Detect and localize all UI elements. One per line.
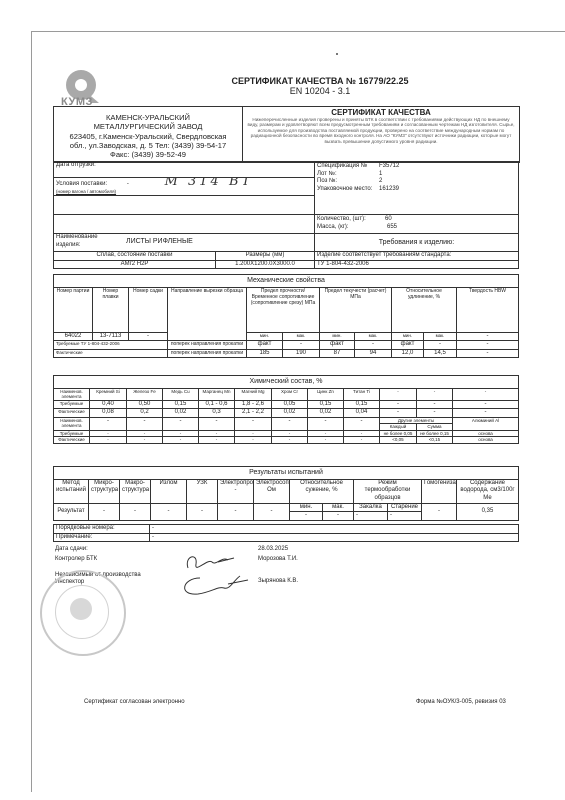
max-label: мак. [355, 332, 392, 341]
cell: - [199, 417, 235, 430]
alloy-value: АМг2 Н2Р [54, 260, 216, 269]
cell: 94 [355, 349, 392, 358]
cell: 0,02 [163, 409, 199, 418]
hardness-dash: - [457, 332, 519, 341]
speck [336, 53, 338, 55]
cell: - [127, 437, 163, 444]
mech-section-title: Механические свойства [54, 275, 519, 288]
col-homogenization: Гомогенизация [422, 479, 457, 503]
spec-block: Спецификация №F35712 Лот №:1 Поз №:2 Упа… [315, 162, 519, 215]
cell: - [163, 417, 199, 430]
col-hydrogen: Содержание водорода, см3/100г Ме [457, 479, 519, 503]
signature-icon [178, 548, 258, 600]
col-hardness: Твердость HBW [457, 287, 519, 332]
chem-section-title: Химический состав, % [54, 376, 519, 389]
cell: - [235, 417, 272, 430]
cell: - [380, 400, 417, 409]
blank-row [54, 215, 315, 234]
cell: - [323, 512, 354, 521]
cell: - [218, 503, 254, 520]
cell: - [380, 409, 417, 418]
cell: не более 0,15 [417, 430, 453, 437]
cell: - [453, 400, 519, 409]
certificate-title: СЕРТИФИКАТ КАЧЕСТВА № 16779/22.25 [190, 76, 450, 86]
handover-date-label: Дата сдачи: [55, 546, 88, 552]
terms-label: Условия поставки: [56, 181, 107, 187]
serials-value: - [150, 525, 519, 534]
cell: Железо Fe [127, 388, 163, 400]
cell: 0,40 [90, 400, 127, 409]
ship-date: Дата отгрузки: [54, 162, 315, 178]
direction: поперек направления прокатки [168, 349, 247, 358]
blank-row [54, 196, 315, 215]
row-label: Фактические [54, 437, 90, 444]
cell: - [90, 417, 127, 430]
col-tensile: Предел прочности/ Временное сопротивлени… [247, 287, 320, 332]
chem-header-row: Наименов. элементаКремний SiЖелезо FeМед… [54, 388, 519, 400]
col-batch: Номер партии [54, 287, 93, 332]
min-label: мин. [392, 332, 424, 341]
cell: 185 [247, 349, 283, 358]
col-ultrasonic: УЗК [187, 479, 218, 503]
cell: 0,05 [272, 400, 308, 409]
cell: 0,3 [199, 409, 235, 418]
cell: - [254, 503, 290, 520]
cell: - [355, 341, 392, 350]
lot-value: 1 [379, 171, 382, 179]
cell: - [354, 512, 388, 521]
cell: - [453, 388, 519, 400]
max-label: мак. [323, 503, 354, 512]
mass-value: 655 [387, 224, 397, 232]
col-melt: Номер плавки [93, 287, 129, 332]
cell: - [453, 409, 519, 418]
col-load: Номер садки [129, 287, 168, 332]
cell: 0,04 [344, 409, 380, 418]
cell: - [457, 349, 519, 358]
tests-table: Результаты испытаний Метод испытаний Мик… [53, 466, 519, 521]
cell: - [89, 503, 120, 520]
company-address-2: обл., ул.Заводская, д. 5 Тел: (3439) 39-… [54, 141, 242, 150]
cell: 0,15 [344, 400, 380, 409]
cell: 0,15 [308, 400, 344, 409]
cell: Медь Cu [163, 388, 199, 400]
delivery-terms: Условия поставки: - М 314 ВТ (номер ваго… [54, 178, 315, 196]
terms-dash: - [127, 181, 129, 187]
size-value: 1.200X1200.0X3000.0 [216, 260, 315, 269]
aging-label: Старение [388, 503, 422, 512]
cert-heading: СЕРТИФИКАТ КАЧЕСТВА [243, 108, 519, 117]
certificate-standard: EN 10204 - 3.1 [190, 86, 450, 96]
cell: - [127, 417, 163, 430]
cell: Кремний Si [90, 388, 127, 400]
stamp-logo-icon [70, 598, 92, 620]
ship-date-label: Дата отгрузки: [56, 162, 96, 168]
cell: 190 [283, 349, 320, 358]
company-name-1: КАМЕНСК-УРАЛЬСКИЙ [54, 113, 242, 122]
col-reduction: Относительное сужение, % [290, 479, 354, 503]
table-row: Требуемые ТУ 1-804-432-2006 поперек напр… [54, 341, 519, 350]
cell: 0,2 [127, 409, 163, 418]
company-info: КАМЕНСК-УРАЛЬСКИЙ МЕТАЛЛУРГИЧЕСКИЙ ЗАВОД… [54, 107, 243, 162]
col-micro: Микро-структура [89, 479, 120, 503]
col-direction: Направление вырезки образца [168, 287, 247, 341]
cell: - [424, 341, 457, 350]
cell: - [283, 341, 320, 350]
hydrogen-value: 0,35 [457, 503, 519, 520]
cell: 12,0 [392, 349, 424, 358]
standard-value: ТУ 1-804-432-2006 [315, 260, 519, 269]
row-label: Фактические [54, 349, 168, 358]
qty-block: Количество, (шт):60 Масса, (кг):655 [315, 215, 519, 234]
cell: - [151, 503, 187, 520]
chemical-table: Химический состав, % Наименов. элементаК… [53, 375, 519, 444]
company-name-2: МЕТАЛЛУРГИЧЕСКИЙ ЗАВОД [54, 122, 242, 131]
cert-statement: СЕРТИФИКАТ КАЧЕСТВА Нижеперечисленные из… [243, 107, 519, 162]
min-label: мин. [247, 332, 283, 341]
row-label: Фактические [54, 409, 90, 418]
row-label: Наименов. элемента [54, 388, 90, 400]
cell: 0,50 [127, 400, 163, 409]
cell: - [290, 512, 323, 521]
product-name-label: Наименование изделия: [56, 234, 116, 249]
controller-label: Контролер БТК [55, 556, 97, 562]
alloy-table: Сплав, состояние поставкиРазмеры (мм)Изд… [53, 251, 519, 269]
col-heat-treatment: Режим термообработки образцов [354, 479, 422, 503]
cell: - [457, 341, 519, 350]
qty-label: Количество, (шт): [317, 216, 385, 224]
pack-value: 161239 [379, 186, 399, 194]
cell: факт [392, 341, 424, 350]
cell: Марганец Mn [199, 388, 235, 400]
cell: - [272, 417, 308, 430]
vehicle-number-handwritten: М 314 ВТ [165, 178, 254, 190]
cell: - [199, 437, 235, 444]
product-name-value: ЛИСТЫ РИФЛЕНЫЕ [126, 238, 193, 246]
alloy-label: Сплав, состояние поставки [54, 252, 216, 261]
cell: факт [247, 341, 283, 350]
cell: 0,1 - 0,6 [199, 400, 235, 409]
shipping-table: Дата отгрузки: Спецификация №F35712 Лот … [53, 161, 519, 252]
cell: Титан Ti [344, 388, 380, 400]
company-fax: Факс: (3439) 39-52-49 [54, 150, 242, 159]
inspector-name: Зырянова К.В. [258, 578, 298, 584]
cell: <0,15 [417, 437, 453, 444]
melt-number: 13-7113 [93, 332, 129, 341]
mass-label: Масса, (кг): [317, 224, 387, 232]
cell: - [417, 400, 453, 409]
element-label: Наименов. элемента [54, 417, 90, 430]
pack-label: Упаковочное место: [317, 186, 379, 194]
cell: факт [320, 341, 355, 350]
cell: - [344, 417, 380, 430]
cell: - [417, 409, 453, 418]
serials-label: Порядковые номера: [54, 525, 150, 534]
cell: 14,5 [424, 349, 457, 358]
cell: - [388, 512, 422, 521]
cell: не более 0,05 [380, 430, 417, 437]
tests-section-title: Результаты испытаний [54, 467, 519, 480]
batch-number: 64022 [54, 332, 93, 341]
cell: <0,05 [380, 437, 417, 444]
load-number: - [129, 332, 168, 341]
qty-value: 60 [385, 216, 392, 224]
notes-table: Порядковые номера:- Примечание:- [53, 524, 519, 542]
quench-label: Закалка [354, 503, 388, 512]
cell: - [235, 437, 272, 444]
cell: Магний Mg [235, 388, 272, 400]
aluminium-label: Алюминий Al [453, 417, 519, 430]
lot-label: Лот №: [317, 171, 379, 179]
row-label: Требуемые [54, 400, 90, 409]
col-fracture: Излом [151, 479, 187, 503]
cell: - [344, 437, 380, 444]
table-row: Фактические--------<0,05<0,15основа [54, 437, 519, 444]
cell: - [308, 437, 344, 444]
cell: Хром Cr [272, 388, 308, 400]
company-address-1: 623405, г.Каменск-Уральский, Свердловска… [54, 132, 242, 141]
handover-date-value: 28.03.2025 [258, 546, 288, 552]
max-label: мак. [283, 332, 320, 341]
col-conductivity: Электропроводность, - [218, 479, 254, 503]
pos-value: 2 [379, 178, 382, 186]
table-row: Требуемые0,400,500,150,1 - 0,61,8 - 2,60… [54, 400, 519, 409]
product-name: Наименование изделия: ЛИСТЫ РИФЛЕНЫЕ [54, 234, 315, 252]
requirements-label: Требования к изделию: [315, 234, 519, 252]
cell: 1,8 - 2,6 [235, 400, 272, 409]
cert-text: Нижеперечисленные изделия проверены и пр… [243, 117, 519, 144]
row-label: Требуемые ТУ 1-804-432-2006 [54, 341, 168, 350]
note-value: - [150, 533, 519, 542]
cell: 0,08 [90, 409, 127, 418]
result-label: Результат [54, 503, 89, 520]
footer-form-number: Форма №ОУК/3-005, ревизия 03 [416, 699, 506, 705]
cell: - [272, 437, 308, 444]
footer-electronic-note: Сертификат согласован электронно [84, 699, 185, 705]
mechanical-table: Механические свойства Номер партии Номер… [53, 274, 519, 358]
cell: - [187, 503, 218, 520]
cell: - [380, 388, 417, 400]
note-label: Примечание: [54, 533, 150, 542]
cell: - [120, 503, 151, 520]
table-row: Фактические поперек направления прокатки… [54, 349, 519, 358]
col-method: Метод испытаний [54, 479, 89, 503]
cell: 0,15 [163, 400, 199, 409]
direction: поперек направления прокатки [168, 341, 247, 350]
spec-label: Спецификация № [317, 163, 379, 171]
standard-label: Изделие соответствует требованиям станда… [315, 252, 519, 261]
cell: основа [453, 437, 519, 444]
cell: - [308, 417, 344, 430]
cell: Цинк Zn [308, 388, 344, 400]
cell: 2,1 - 2,2 [235, 409, 272, 418]
cell: - [163, 437, 199, 444]
spec-value: F35712 [379, 163, 399, 171]
cell: 87 [320, 349, 355, 358]
size-label: Размеры (мм) [216, 252, 315, 261]
col-macro: Макро-структура [120, 479, 151, 503]
pos-label: Поз №: [317, 178, 379, 186]
cell: 0,02 [308, 409, 344, 418]
cell: 0,02 [272, 409, 308, 418]
col-resistance: Электросопротивление, Ом [254, 479, 290, 503]
terms-sublabel: (номер вагона / автомобиля) [56, 189, 312, 195]
table-row: Фактические0,080,20,020,32,1 - 2,20,020,… [54, 409, 519, 418]
cell: - [90, 437, 127, 444]
min-label: мин. [290, 503, 323, 512]
max-label: мак. [424, 332, 457, 341]
controller-name: Морозова Т.И. [258, 556, 298, 562]
header-block: КАМЕНСК-УРАЛЬСКИЙ МЕТАЛЛУРГИЧЕСКИЙ ЗАВОД… [53, 106, 520, 163]
col-elongation: Относительное удлинение, % [392, 287, 457, 332]
col-yield: Предел текучести (расчет) МПа [320, 287, 392, 332]
cell: - [422, 503, 457, 520]
min-label: мин. [320, 332, 355, 341]
cell: - [417, 388, 453, 400]
